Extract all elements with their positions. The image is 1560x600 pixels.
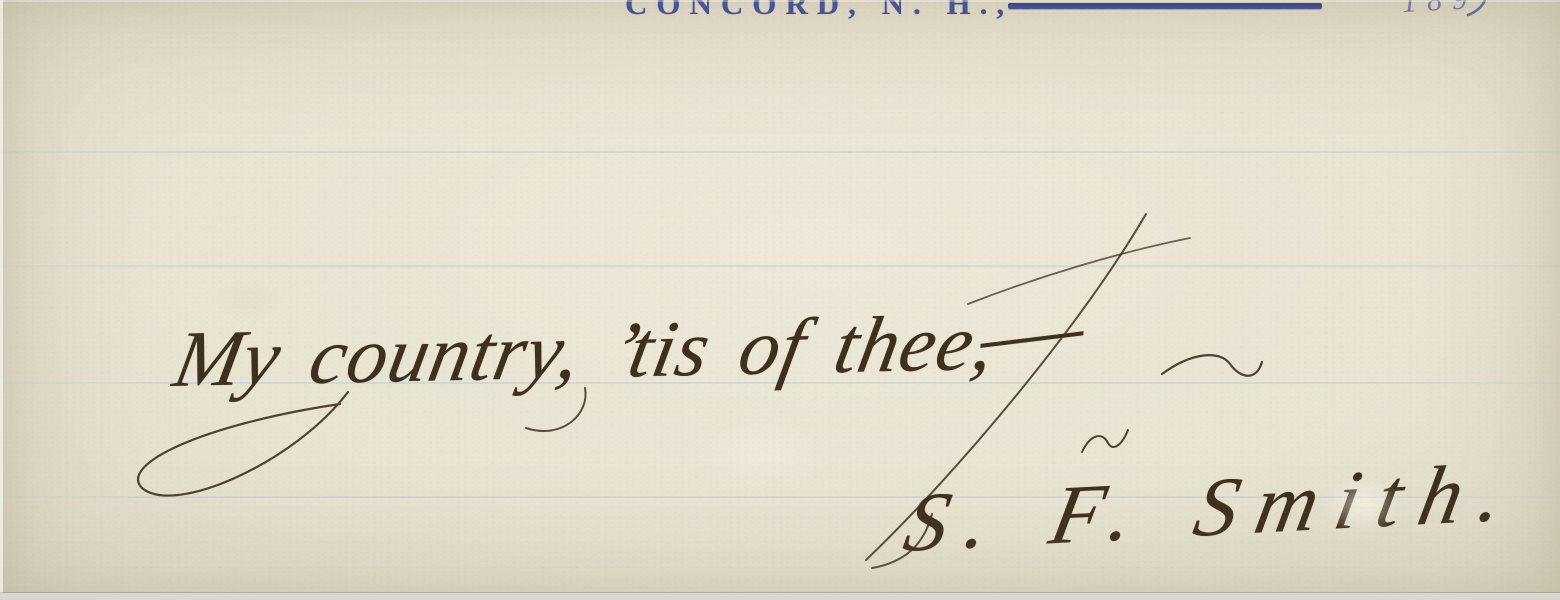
date-fill-line xyxy=(1008,3,1322,9)
scan-left-edge xyxy=(0,0,3,600)
quote-flourish-dash: — xyxy=(979,286,1087,378)
flourish-f-superscript xyxy=(1082,430,1128,452)
scan-top-edge xyxy=(0,0,1560,2)
quote-text: My country, ’tis of thee, xyxy=(167,299,1003,404)
flourish-closing-swash xyxy=(1162,355,1262,376)
ruled-line xyxy=(0,265,1560,267)
signature: S. F. Smith. xyxy=(898,450,1528,566)
letterhead-year-fragment: 189 xyxy=(1401,0,1478,20)
letterhead-place-text: CONCORD, N. H., xyxy=(625,0,1013,22)
handwritten-quote: My country, ’tis of thee,— xyxy=(168,301,1074,400)
ruled-line xyxy=(0,151,1560,153)
scan-bottom-edge xyxy=(0,593,1560,600)
flourish-y-descender xyxy=(138,392,348,496)
manuscript-scan: CONCORD, N. H., 189 My country, ’tis of … xyxy=(0,0,1560,600)
